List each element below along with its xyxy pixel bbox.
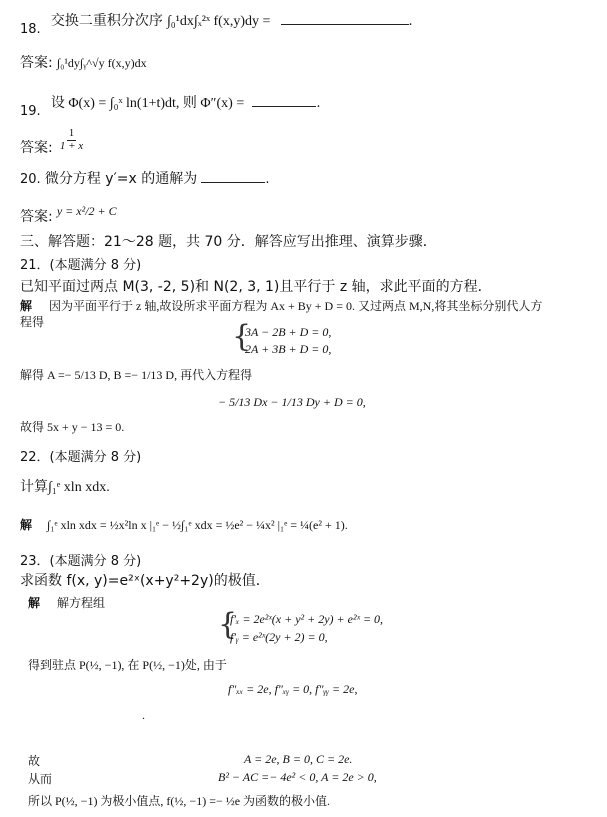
q18-answer-blank[interactable] xyxy=(281,23,409,25)
q19-number: 19. xyxy=(20,104,41,119)
q19-answer-label: 答案: xyxy=(20,140,53,156)
q19-answer-numerator: 1 xyxy=(67,128,77,141)
q22-solution: ∫₁ᵉ xln xdx = ½x²ln x |₁ᵉ − ½∫₁ᵉ xdx = ½… xyxy=(47,518,348,532)
q18-answer-line: 答案: ∫₀¹dy∫ᵧ^√y f(x,y)dx xyxy=(20,52,147,72)
q23-system-eq1: f′ₓ = 2e²ˣ(x + y² + 2y) + e²ˣ = 0, xyxy=(230,612,383,627)
q22-header: 22．(本题满分 8 分) xyxy=(20,446,141,465)
q23-header: 23．(本题满分 8 分) xyxy=(20,550,141,569)
q18-answer-label: 答案: xyxy=(20,55,53,71)
q21-result: 故得 5x + y − 13 = 0. xyxy=(20,418,124,435)
q23-stationary-point: 得到驻点 P(½, −1), 在 P(½, −1)处, 由于 xyxy=(28,656,227,673)
q20-answer-blank[interactable] xyxy=(201,181,265,183)
q18-line: 18. 交换二重积分次序 ∫₀¹dx∫ₓ²ˣ f(x,y)dy = . xyxy=(20,10,413,40)
q22-solution-label: 解 xyxy=(20,518,32,532)
q19-answer-blank[interactable] xyxy=(252,105,316,107)
q22-problem: 计算∫₁ᵉ xln xdx. xyxy=(20,476,110,496)
q21-solution-text1: 因为平面平行于 z 轴,故设所求平面方程为 Ax + By + D = 0. 又… xyxy=(49,299,542,313)
q18-number: 18. xyxy=(20,22,41,37)
q19-answer-denominator: 1 + x xyxy=(58,141,85,153)
q19-answer-fraction: 1 1 + x xyxy=(58,128,85,152)
section3-title: 三、解答题：21～28 题，共 70 分．解答应写出推理、演算步骤． xyxy=(20,231,437,251)
q18-answer: ∫₀¹dy∫ᵧ^√y f(x,y)dx xyxy=(57,56,147,70)
q23-therefore: A = 2e, B = 0, C = 2e. xyxy=(244,752,352,767)
q21-header: 21．(本题满分 8 分) xyxy=(20,254,141,273)
q21-solution-line2: 程得 xyxy=(20,313,44,330)
q21-problem: 已知平面过两点 M(3, -2, 5)和 N(2, 3, 1)且平行于 z 轴，… xyxy=(20,276,492,296)
q23-system-eq2: f′ᵧ = e²ˣ(2y + 2) = 0, xyxy=(230,630,328,645)
q18-expr: ∫₀¹dx∫ₓ²ˣ f(x,y)dy = xyxy=(167,14,270,29)
q23-second-derivatives: f″ₓₓ = 2e, f″ₓᵧ = 0, f″ᵧᵧ = 2e, xyxy=(228,682,357,697)
q20-answer: y = x²/2 + C xyxy=(57,204,117,218)
q22-solution-line: 解 ∫₁ᵉ xln xdx = ½x²ln x |₁ᵉ − ½∫₁ᵉ xdx =… xyxy=(20,516,348,533)
q21-solution-line1: 解 因为平面平行于 z 轴,故设所求平面方程为 Ax + By + D = 0.… xyxy=(20,297,542,314)
q23-solution-intro-line: 解 解方程组 xyxy=(28,594,105,611)
q23-thus: B² − AC =− 4e² < 0, A = 2e > 0, xyxy=(218,770,377,785)
q20-line: 20. 微分方程 y′=x 的通解为 . xyxy=(20,168,270,188)
q19-line: 19. 设 Φ(x) = ∫₀ˣ ln(1+t)dt, 则 Φ″(x) = . xyxy=(20,92,321,112)
q18-text: 交换二重积分次序 xyxy=(51,13,163,29)
q20-text: 微分方程 y′=x 的通解为 xyxy=(45,171,197,187)
q21-system-eq1: 3A − 2B + D = 0, xyxy=(245,325,331,340)
q23-conclusion: 所以 P(½, −1) 为极小值点, f(½, −1) =− ½e 为函数的极小… xyxy=(28,792,330,809)
q23-thus-label: 从而 xyxy=(28,770,52,787)
q23-therefore-label: 故 xyxy=(28,752,40,769)
q20-answer-label: 答案: xyxy=(20,209,53,225)
q23-stray-dot: . xyxy=(142,708,145,723)
q19-answer-line: 答案: 1 1 + x xyxy=(20,128,86,152)
q23-solution-label: 解 xyxy=(28,596,40,610)
q19-text: 设 Φ(x) = ∫₀ˣ ln(1+t)dt, 则 Φ″(x) = xyxy=(51,96,244,111)
q20-number: 20. xyxy=(20,172,41,187)
q21-substitution: − 5/13 Dx − 1/13 Dy + D = 0, xyxy=(218,395,366,410)
q23-problem: 求函数 f(x, y)=e²ˣ(x+y²+2y)的极值． xyxy=(20,570,270,590)
q21-solution-label: 解 xyxy=(20,299,32,313)
q21-solve: 解得 A =− 5/13 D, B =− 1/13 D, 再代入方程得 xyxy=(20,366,252,383)
q23-solution-intro: 解方程组 xyxy=(57,596,105,610)
q20-answer-line: 答案: y = x²/2 + C xyxy=(20,200,117,220)
q21-system-eq2: 2A + 3B + D = 0, xyxy=(245,342,331,357)
